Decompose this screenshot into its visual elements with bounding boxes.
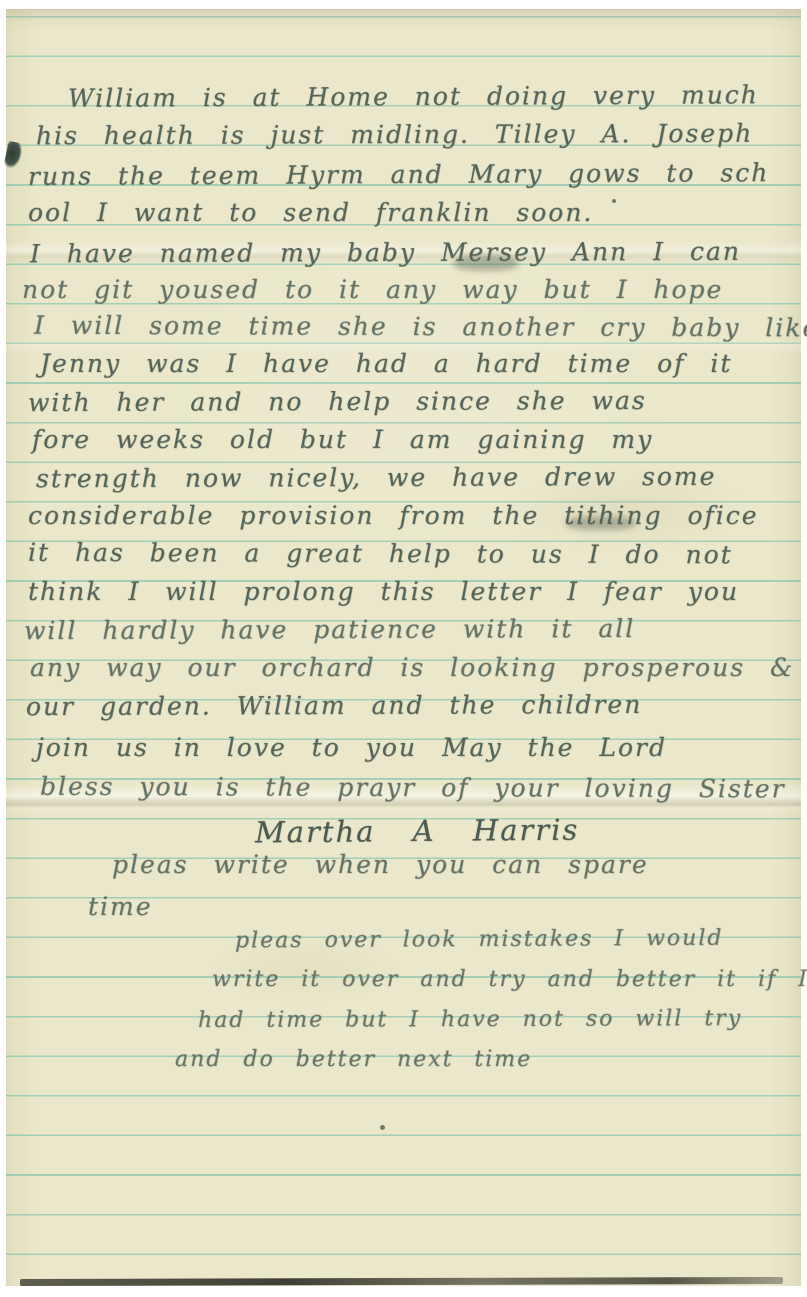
letter-line: think I will prolong this letter I fear … [28, 579, 739, 604]
postscript-line: write it over and try and better it if I [212, 969, 807, 991]
letter-line: considerable provision from the tithing … [28, 503, 759, 528]
letter-line: ool I want to send franklin soon. [28, 200, 593, 225]
letter-line: his health is just midling. Tilley A. Jo… [36, 121, 753, 149]
ink-blot [3, 141, 23, 170]
letter-line: with her and no help since she was [28, 388, 647, 415]
letter-line: not git yoused to it any way but I hope [22, 277, 723, 302]
signature: Martha A Harris [255, 816, 580, 848]
letter-line: strength now nicely, we have drew some [36, 464, 716, 491]
letter-line: join us in love to you May the Lord [36, 735, 667, 760]
ink-speck [612, 199, 616, 203]
letter-line: any way our orchard is looking prosperou… [30, 655, 794, 680]
postscript-line: pleas over look mistakes I would [235, 928, 724, 953]
paper-bottom-edge-shadow [20, 1277, 783, 1286]
letter-line: it has been a great help to us I do not [28, 540, 733, 567]
postscript-line: had time but I have not so will try [198, 1008, 742, 1032]
letter-line: bless you is the prayr of your loving Si… [40, 774, 786, 802]
letter-line: Jenny was I have had a hard time of it [40, 351, 732, 376]
letter-line: I have named my baby Mersey Ann I can [30, 239, 741, 266]
closing-line: pleas write when you can spare [112, 852, 649, 877]
letter-line: our garden. William and the children [26, 692, 642, 719]
letter-line: William is at Home not doing very much [68, 82, 759, 111]
letter-line: fore weeks old but I am gaining my [32, 427, 653, 452]
letter-line: will hardly have patience with it all [24, 616, 635, 643]
letter-line: runs the teem Hyrm and Mary gows to sch [28, 160, 769, 189]
postscript-line: and do better next time [175, 1049, 532, 1071]
ink-speck [380, 1125, 385, 1130]
letter-scan: William is at Home not doing very much h… [0, 0, 807, 1297]
closing-line: time [88, 894, 153, 919]
letter-line: I will some time she is another cry baby… [34, 313, 807, 341]
